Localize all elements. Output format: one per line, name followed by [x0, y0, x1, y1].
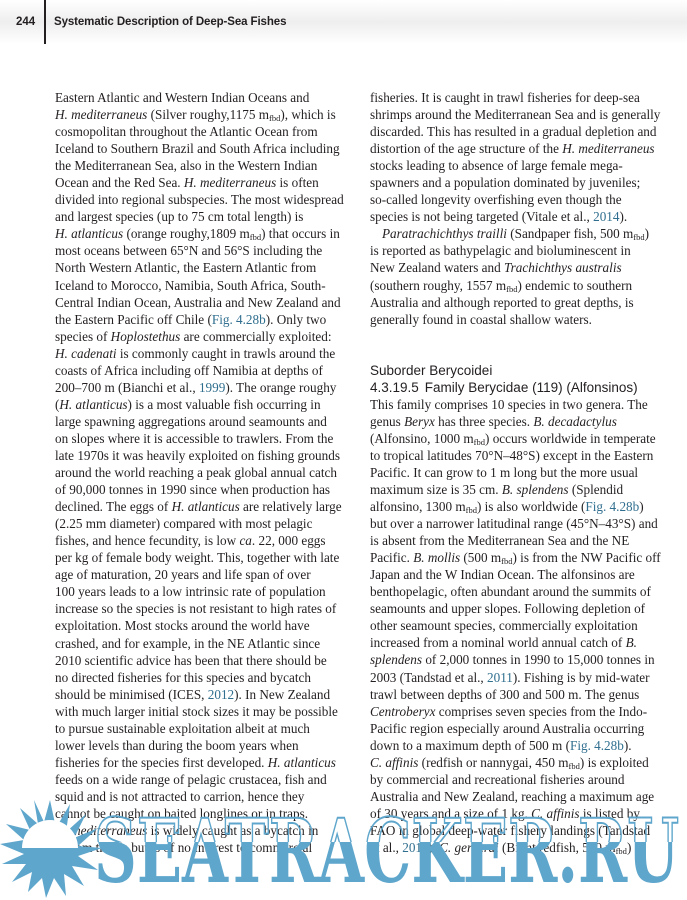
text-line: North Western Atlantic, the Eastern Atla…: [55, 259, 345, 276]
text-run: per kg of female body weight. This, toge…: [55, 550, 339, 565]
page-number: 244: [16, 16, 35, 28]
text-run: generally found in coastal shallow water…: [370, 312, 592, 327]
italic-text: C. affinis: [531, 806, 579, 821]
citation-link[interactable]: Fig. 4.28b: [585, 499, 639, 514]
text-line: genus Beryx has three species. B. decada…: [370, 413, 662, 430]
text-run: species is not being targeted (Vitale et…: [370, 209, 593, 224]
text-run: (Bight redfish, 500 m: [499, 840, 616, 855]
citation-link[interactable]: Fig. 4.28b: [212, 312, 266, 327]
text-run: (Alfonsino, 1000 m: [370, 431, 474, 446]
text-run: (orange roughy,1809 m: [123, 226, 250, 241]
text-line: Iceland to Morocco, Namibia, South Afric…: [55, 277, 345, 294]
text-line: Eastern Atlantic and Western Indian Ocea…: [55, 89, 345, 106]
text-run: lower levels than during the boom years …: [55, 738, 299, 753]
text-run: Pacific region especially around Austral…: [370, 721, 644, 736]
text-run: squid and is not attracted to carrion, h…: [55, 789, 304, 804]
text-run: is commonly caught in trawls around the: [117, 346, 336, 361]
text-line: New Zealand waters and Trachichthys aust…: [370, 259, 662, 276]
text-line: down to a maximum depth of 500 m (Fig. 4…: [370, 737, 662, 754]
text-line: age of maturation, 20 years and life spa…: [55, 566, 345, 583]
text-run: ), which is: [280, 107, 335, 122]
text-line: divided into regional subspecies. The mo…: [55, 191, 345, 208]
paragraph-hoplostethus-fisheries: fisheries. It is caught in trawl fisheri…: [370, 89, 662, 225]
citation-link[interactable]: 2011: [402, 840, 428, 855]
text-line: maximum size is 35 cm. B. splendens (Spl…: [370, 481, 662, 498]
text-line: and largest species (up to 75 cm total l…: [55, 208, 345, 225]
text-run: Australia and although reported to great…: [370, 295, 634, 310]
text-run: bottom trawls but is of no interest to c…: [55, 840, 312, 855]
text-run: ). The orange roughy: [225, 380, 336, 395]
text-run: (Sandpaper fish, 500 m: [507, 226, 633, 241]
text-run: FAO in global deep-water fishery landing…: [370, 823, 650, 838]
text-line: crashed, and for example, in the NE Atla…: [55, 635, 345, 652]
italic-text: H. cadenati: [55, 346, 117, 361]
text-run: species of: [55, 329, 111, 344]
subscript: fbd: [501, 556, 512, 566]
text-run: age of maturation, 20 years and life spa…: [55, 567, 311, 582]
italic-text: B. decadactylus: [533, 414, 617, 429]
text-run: is absent from the Mediterranean Sea and…: [370, 533, 629, 548]
text-line: Ocean and the Red Sea. H. mediterraneus …: [55, 174, 345, 191]
text-line: increase so the species is not resistant…: [55, 600, 345, 617]
text-run: seamounts and upper slopes. Following de…: [370, 601, 645, 616]
subscript: fbd: [616, 846, 627, 856]
text-line: Pacific. It can grow to 1 m long but the…: [370, 464, 662, 481]
text-run: ).: [619, 209, 627, 224]
text-line: large spawning aggregations around seamo…: [55, 413, 345, 430]
subscript: fbd: [506, 284, 517, 294]
text-run: by commercial and recreational fisheries…: [370, 772, 624, 787]
text-run: ) occurs worldwide in temperate: [485, 431, 656, 446]
text-run: (500 m: [460, 550, 501, 565]
text-run: 100 years leads to a low intrinsic rate …: [55, 584, 326, 599]
text-run: the Mediterranean Sea, also in the Weste…: [55, 158, 317, 173]
text-run: alfonsino, 1300 m: [370, 499, 466, 514]
citation-link[interactable]: 2011: [487, 670, 513, 685]
text-run: coasts of Africa including off Namibia a…: [55, 363, 323, 378]
text-run: exploitation. Most stocks around the wor…: [55, 618, 310, 633]
italic-text: Centroberyx: [370, 704, 435, 719]
text-line: with much larger initial stock sizes it …: [55, 703, 345, 720]
text-run: Pacific. It can grow to 1 m long but the…: [370, 465, 638, 480]
italic-text: Paratrachichthys trailli: [382, 226, 507, 241]
italic-text: H. atlanticus: [55, 226, 123, 241]
text-run: the Eastern Pacific off Chile (: [55, 312, 212, 327]
text-run: cosmopolitan throughout the Atlantic Oce…: [55, 124, 318, 139]
text-run: no directed fisheries for this species a…: [55, 670, 311, 685]
text-line: stocks leading to absence of large femal…: [370, 157, 662, 174]
section-spacer: [370, 328, 662, 362]
text-line: but over a narrower latitudinal range (4…: [370, 515, 662, 532]
text-run: most oceans between 65°N and 56°S includ…: [55, 243, 322, 258]
text-line: the Mediterranean Sea, also in the Weste…: [55, 157, 345, 174]
text-line: species is not being targeted (Vitale et…: [370, 208, 662, 225]
subscript: fbd: [466, 505, 477, 515]
text-line: fisheries. It is caught in trawl fisheri…: [370, 89, 662, 106]
italic-text: H. mediterraneus: [55, 823, 147, 838]
text-run: Iceland to Southern Brazil and South Afr…: [55, 141, 340, 156]
text-run: Eastern Atlantic and Western Indian Ocea…: [55, 90, 309, 105]
italic-text: H. mediterraneus: [55, 107, 147, 122]
text-run: increase so the species is not resistant…: [55, 601, 336, 616]
text-run: North Western Atlantic, the Eastern Atla…: [55, 260, 316, 275]
italic-text: C. affinis: [370, 755, 418, 770]
italic-text: Trachichthys australis: [504, 260, 622, 275]
italic-text: splendens: [370, 652, 422, 667]
text-line: spawners and a population dominated by j…: [370, 174, 662, 191]
text-line: trawl between depths of 300 and 500 m. T…: [370, 686, 662, 703]
page-header: 244 Systematic Description of Deep-Sea F…: [0, 0, 687, 44]
text-line: per kg of female body weight. This, toge…: [55, 549, 345, 566]
text-run: spawners and a population dominated by j…: [370, 175, 640, 190]
text-run: crashed, and for example, in the NE Atla…: [55, 636, 320, 651]
text-line: late 1970s it was heavily exploited on f…: [55, 447, 345, 464]
text-line: Pacific region especially around Austral…: [370, 720, 662, 737]
text-line: most oceans between 65°N and 56°S includ…: [55, 242, 345, 259]
text-line: by commercial and recreational fisheries…: [370, 771, 662, 788]
text-run: 2010 scientific advice has been that the…: [55, 653, 327, 668]
text-run: divided into regional subspecies. The mo…: [55, 192, 344, 207]
text-run: are relatively large: [240, 499, 342, 514]
text-run: other seamount species, commercially exp…: [370, 618, 638, 633]
text-line: fishes, and hence fecundity, is low ca. …: [55, 532, 345, 549]
text-line: squid and is not attracted to carrion, h…: [55, 788, 345, 805]
text-line: should be minimised (ICES, 2012). In New…: [55, 686, 345, 703]
text-line: distortion of the age structure of the H…: [370, 140, 662, 157]
section-title: Family Berycidae (119) (Alfonsinos): [425, 380, 638, 395]
italic-text: ca: [239, 533, 251, 548]
text-run: ) is: [627, 840, 643, 855]
text-run: cannot be caught on baited longlines or …: [55, 806, 308, 821]
text-run: ) endemic to southern: [517, 278, 632, 293]
text-line: (southern roughy, 1557 mfbd) endemic to …: [370, 277, 662, 294]
right-column: fisheries. It is caught in trawl fisheri…: [370, 89, 662, 856]
text-line: (H. atlanticus) is a most valuable fish …: [55, 396, 345, 413]
text-line: alfonsino, 1300 mfbd) is also worldwide …: [370, 498, 662, 515]
text-run: ) is a most valuable fish occurring in: [128, 397, 321, 412]
text-run: around the world reaching a peak global …: [55, 465, 337, 480]
text-run: 2003 (Tandstad et al.,: [370, 670, 487, 685]
italic-text: H. mediterraneus: [562, 141, 654, 156]
italic-text: Hoplostethus: [111, 329, 181, 344]
text-run: should be minimised (ICES,: [55, 687, 208, 702]
italic-text: B. mollis: [413, 550, 460, 565]
citation-link[interactable]: Fig. 4.28b: [570, 738, 624, 753]
text-line: et al., 2011). C. gerrardi (Bight redfis…: [370, 839, 662, 856]
text-line: of 30 years and a size of 1 kg. C. affin…: [370, 805, 662, 822]
text-run: feeds on a wide range of pelagic crustac…: [55, 772, 327, 787]
italic-text: H. mediterraneus: [184, 175, 276, 190]
text-line: 200–700 m (Bianchi et al., 1999). The or…: [55, 379, 345, 396]
text-run: New Zealand waters and: [370, 260, 504, 275]
italic-text: Beryx: [404, 414, 435, 429]
text-run: trawl between depths of 300 and 500 m. T…: [370, 687, 639, 702]
text-line: species of Hoplostethus are commercially…: [55, 328, 345, 345]
text-run: but over a narrower latitudinal range (4…: [370, 516, 658, 531]
italic-text: B.: [626, 635, 637, 650]
text-line: splendens of 2,000 tonnes in 1990 to 15,…: [370, 651, 662, 668]
subscript: fbd: [569, 761, 580, 771]
text-run: late 1970s it was heavily exploited on f…: [55, 448, 340, 463]
text-line: Pacific. B. mollis (500 mfbd) is from th…: [370, 549, 662, 566]
text-run: ).: [624, 738, 632, 753]
text-run: Iceland to Morocco, Namibia, South Afric…: [55, 278, 326, 293]
text-run: fisheries for the species first develope…: [55, 755, 268, 770]
text-line: increased from a nominal world annual ca…: [370, 634, 662, 651]
text-line: generally found in coastal shallow water…: [370, 311, 662, 328]
suborder-heading: Suborder Berycoidei: [370, 362, 662, 379]
text-run: to tropical latitudes 70°N–48°S) except …: [370, 448, 653, 463]
text-run: (Splendid: [569, 482, 624, 497]
section-heading: 4.3.19.5Family Berycidae (119) (Alfonsin…: [370, 379, 662, 396]
text-line: seamounts and upper slopes. Following de…: [370, 600, 662, 617]
text-run: down to a maximum depth of 500 m (: [370, 738, 570, 753]
text-run: fisheries. It is caught in trawl fisheri…: [370, 90, 640, 105]
text-run: of 90,000 tonnes in 1990 since when prod…: [55, 482, 330, 497]
text-run: (southern roughy, 1557 m: [370, 278, 506, 293]
header-divider: [44, 0, 46, 44]
text-run: Japan and the W Indian Ocean. The alfons…: [370, 567, 635, 582]
subscript: fbd: [633, 232, 644, 242]
text-line: Australia and New Zealand, reaching a ma…: [370, 788, 662, 805]
text-run: ) is exploited: [580, 755, 649, 770]
text-line: Iceland to Southern Brazil and South Afr…: [55, 140, 345, 157]
text-line: Japan and the W Indian Ocean. The alfons…: [370, 566, 662, 583]
text-line: so-called longevity overfishing even tho…: [370, 191, 662, 208]
text-run: distortion of the age structure of the: [370, 141, 562, 156]
italic-text: H. atlanticus: [268, 755, 336, 770]
italic-text: C. gerrardi: [439, 840, 499, 855]
text-run: fishes, and hence fecundity, is low: [55, 533, 239, 548]
text-line: H. mediterraneus is widely caught as a b…: [55, 822, 345, 839]
text-run: (redfish or nannygai, 450 m: [418, 755, 568, 770]
text-run: on slopes where it is accessible to traw…: [55, 431, 333, 446]
citation-link[interactable]: 1999: [199, 380, 225, 395]
text-line: lower levels than during the boom years …: [55, 737, 345, 754]
italic-text: B. splendens: [502, 482, 569, 497]
text-line: 2010 scientific advice has been that the…: [55, 652, 345, 669]
subscript: fbd: [269, 113, 280, 123]
text-run: ). In New Zealand: [234, 687, 330, 702]
text-run: shrimps around the Mediterranean Sea and…: [370, 107, 660, 122]
text-line: other seamount species, commercially exp…: [370, 617, 662, 634]
text-run: is reported as bathypelagic and biolumin…: [370, 243, 631, 258]
text-line: 2003 (Tandstad et al., 2011). Fishing is…: [370, 669, 662, 686]
text-run: discarded. This has resulted in a gradua…: [370, 124, 657, 139]
text-line: 100 years leads to a low intrinsic rate …: [55, 583, 345, 600]
text-run: et al.,: [370, 840, 402, 855]
text-run: and largest species (up to 75 cm total l…: [55, 209, 303, 224]
text-run: ): [645, 226, 649, 241]
text-run: is often: [276, 175, 319, 190]
text-line: around the world reaching a peak global …: [55, 464, 345, 481]
text-run: of 2,000 tonnes in 1990 to 15,000 tonnes…: [422, 652, 655, 667]
text-line: declined. The eggs of H. atlanticus are …: [55, 498, 345, 515]
section-number: 4.3.19.5: [370, 380, 419, 395]
text-line: Centroberyx comprises seven species from…: [370, 703, 662, 720]
text-run: (Silver roughy,1175 m: [147, 107, 269, 122]
text-line: on slopes where it is accessible to traw…: [55, 430, 345, 447]
text-run: with much larger initial stock sizes it …: [55, 704, 338, 719]
text-run: ) is also worldwide (: [477, 499, 585, 514]
subscript: fbd: [474, 437, 485, 447]
text-run: comprises seven species from the Indo-: [435, 704, 647, 719]
text-line: cannot be caught on baited longlines or …: [55, 805, 345, 822]
text-line: FAO in global deep-water fishery landing…: [370, 822, 662, 839]
text-line: coasts of Africa including off Namibia a…: [55, 362, 345, 379]
text-line: is reported as bathypelagic and biolumin…: [370, 242, 662, 259]
text-run: . 22, 000 eggs: [252, 533, 326, 548]
text-run: large spawning aggregations around seamo…: [55, 414, 327, 429]
text-run: declined. The eggs of: [55, 499, 172, 514]
text-line: Australia and although reported to great…: [370, 294, 662, 311]
text-run: ): [639, 499, 643, 514]
text-run: of 30 years and a size of 1 kg.: [370, 806, 531, 821]
text-run: ). Fishing is by mid-water: [513, 670, 650, 685]
text-run: benthopelagic, often abundant around the…: [370, 584, 651, 599]
text-run: genus: [370, 414, 404, 429]
text-line: feeds on a wide range of pelagic crustac…: [55, 771, 345, 788]
text-run: has three species.: [435, 414, 534, 429]
text-run: to pursue sustainable exploitation albei…: [55, 721, 310, 736]
text-line: Central Indian Ocean, Australia and New …: [55, 294, 345, 311]
subscript: fbd: [250, 232, 261, 242]
text-line: Paratrachichthys trailli (Sandpaper fish…: [370, 225, 662, 242]
text-run: Australia and New Zealand, reaching a ma…: [370, 789, 654, 804]
left-column: Eastern Atlantic and Western Indian Ocea…: [55, 89, 345, 856]
text-run: Pacific.: [370, 550, 413, 565]
text-line: H. mediterraneus (Silver roughy,1175 mfb…: [55, 106, 345, 123]
text-line: (2.25 mm diameter) compared with most pe…: [55, 515, 345, 532]
text-run: Central Indian Ocean, Australia and New …: [55, 295, 341, 310]
citation-link[interactable]: 2014: [593, 209, 619, 224]
text-run: ). Only two: [266, 312, 326, 327]
text-line: cosmopolitan throughout the Atlantic Oce…: [55, 123, 345, 140]
text-run: so-called longevity overfishing even tho…: [370, 192, 622, 207]
text-line: This family comprises 10 species in two …: [370, 396, 662, 413]
paragraph-paratrachichthys: Paratrachichthys trailli (Sandpaper fish…: [370, 225, 662, 327]
text-run: Ocean and the Red Sea.: [55, 175, 184, 190]
paragraph-berycidae: This family comprises 10 species in two …: [370, 396, 662, 856]
text-line: C. affinis (redfish or nannygai, 450 mfb…: [370, 754, 662, 771]
text-run: ).: [428, 840, 439, 855]
text-run: 200–700 m (Bianchi et al.,: [55, 380, 199, 395]
text-run: (2.25 mm diameter) compared with most pe…: [55, 516, 312, 531]
text-run: This family comprises 10 species in two …: [370, 397, 648, 412]
text-line: H. cadenati is commonly caught in trawls…: [55, 345, 345, 362]
text-run: maximum size is 35 cm.: [370, 482, 502, 497]
italic-text: H. atlanticus: [59, 397, 127, 412]
text-run: ) is from the NW Pacific off: [512, 550, 660, 565]
text-line: no directed fisheries for this species a…: [55, 669, 345, 686]
text-line: to tropical latitudes 70°N–48°S) except …: [370, 447, 662, 464]
text-run: increased from a nominal world annual ca…: [370, 635, 626, 650]
text-line: to pursue sustainable exploitation albei…: [55, 720, 345, 737]
text-run: is widely caught as a bycatch in: [147, 823, 318, 838]
left-column-text: Eastern Atlantic and Western Indian Ocea…: [55, 89, 345, 856]
text-line: bottom trawls but is of no interest to c…: [55, 839, 345, 856]
text-run: is listed by: [580, 806, 640, 821]
italic-text: H. atlanticus: [172, 499, 240, 514]
text-line: H. atlanticus (orange roughy,1809 mfbd) …: [55, 225, 345, 242]
text-line: the Eastern Pacific off Chile (Fig. 4.28…: [55, 311, 345, 328]
citation-link[interactable]: 2012: [208, 687, 234, 702]
text-line: exploitation. Most stocks around the wor…: [55, 617, 345, 634]
text-run: ) that occurs in: [261, 226, 340, 241]
text-line: benthopelagic, often abundant around the…: [370, 583, 662, 600]
text-line: shrimps around the Mediterranean Sea and…: [370, 106, 662, 123]
text-run: are commercially exploited:: [180, 329, 331, 344]
text-run: stocks leading to absence of large femal…: [370, 158, 623, 173]
running-head: Systematic Description of Deep-Sea Fishe…: [54, 16, 286, 28]
text-line: discarded. This has resulted in a gradua…: [370, 123, 662, 140]
text-line: fisheries for the species first develope…: [55, 754, 345, 771]
text-line: (Alfonsino, 1000 mfbd) occurs worldwide …: [370, 430, 662, 447]
text-line: is absent from the Mediterranean Sea and…: [370, 532, 662, 549]
text-line: of 90,000 tonnes in 1990 since when prod…: [55, 481, 345, 498]
